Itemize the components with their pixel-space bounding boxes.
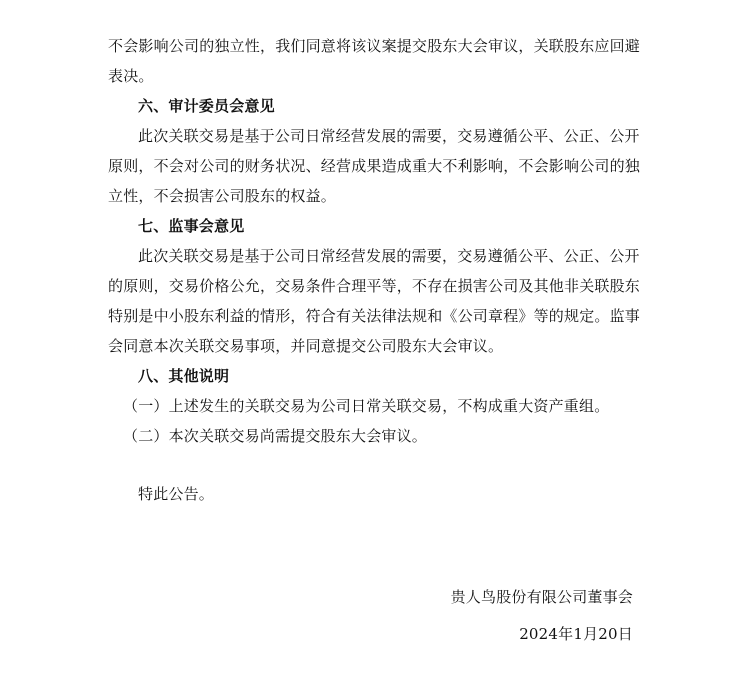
paragraph-line: 立性，不会损害公司股东的权益。 (108, 187, 336, 205)
paragraph-line: 的原则，交易价格公允，交易条件合理平等，不存在损害公司及其他非关联股东 (108, 277, 640, 295)
section-heading-supervisory-board: 七、监事会意见 (138, 217, 244, 235)
section-heading-audit-committee: 六、审计委员会意见 (138, 97, 275, 115)
signature: 贵人鸟股份有限公司董事会 (451, 588, 633, 606)
paragraph-line: 会同意本次关联交易事项，并同意提交公司股东大会审议。 (108, 337, 503, 355)
paragraph-line: 原则，不会对公司的财务状况、经营成果造成重大不利影响，不会影响公司的独 (108, 157, 640, 175)
paragraph-line: 此次关联交易是基于公司日常经营发展的需要，交易遵循公平、公正、公开 (138, 247, 640, 265)
list-item: （二）本次关联交易尚需提交股东大会审议。 (123, 427, 427, 445)
section-heading-other-notes: 八、其他说明 (138, 367, 229, 385)
closing-statement: 特此公告。 (138, 485, 214, 503)
paragraph-line: 特别是中小股东利益的情形，符合有关法律法规和《公司章程》等的规定。监事 (108, 307, 640, 325)
date: 2024年1月20日 (519, 625, 633, 643)
paragraph-line: 表决。 (108, 67, 154, 85)
list-item: （一）上述发生的关联交易为公司日常关联交易，不构成重大资产重组。 (123, 397, 609, 415)
paragraph-line: 此次关联交易是基于公司日常经营发展的需要，交易遵循公平、公正、公开 (138, 127, 640, 145)
paragraph-line: 不会影响公司的独立性，我们同意将该议案提交股东大会审议，关联股东应回避 (108, 37, 640, 55)
